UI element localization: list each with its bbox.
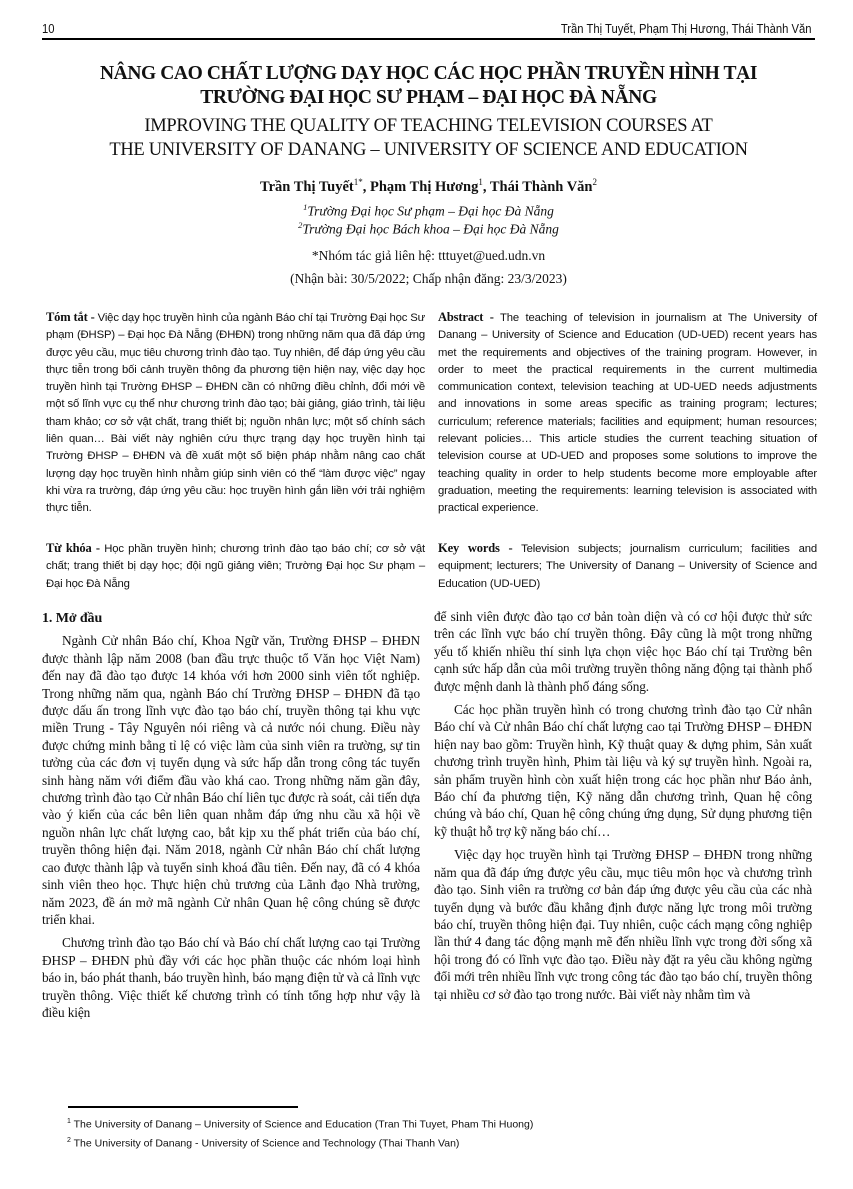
abstract-english-label: Abstract - [438, 310, 494, 324]
abstract-vietnamese-label: Tóm tắt - [46, 310, 95, 324]
title-english-line-2: THE UNIVERSITY OF DANANG – UNIVERSITY OF… [42, 138, 815, 162]
section-heading: 1. Mở đầu [42, 610, 420, 627]
footnotes: 1 The University of Danang – University … [67, 1114, 767, 1151]
footnote-text: The University of Danang – University of… [74, 1119, 534, 1131]
abstract-vietnamese-text: Việc dạy học truyền hình của ngành Báo c… [46, 312, 425, 514]
abstract-english: Abstract - The teaching of television in… [438, 309, 817, 518]
body-paragraph: để sinh viên được đào tạo cơ bản toàn di… [434, 608, 812, 695]
corresponding-contact: *Nhóm tác giả liên hệ: tttuyet@ued.udn.v… [42, 248, 815, 264]
author-name: Phạm Thị Hương [370, 179, 478, 195]
running-header: 10 Trần Thị Tuyết, Phạm Thị Hương, Thái … [42, 22, 738, 38]
author-list: Trần Thị Tuyết1*, Phạm Thị Hương1, Thái … [42, 177, 815, 196]
affiliation-1: 1Trường Đại học Sư phạm – Đại học Đà Nẵn… [42, 202, 815, 220]
footnote: 1 The University of Danang – University … [67, 1114, 767, 1133]
title-vietnamese: NÂNG CAO CHẤT LƯỢNG DẠY HỌC CÁC HỌC PHẦN… [42, 62, 815, 110]
author-separator: , [363, 179, 370, 195]
body-paragraph: Chương trình đào tạo Báo chí và Báo chí … [42, 934, 420, 1021]
footnote-rule [68, 1106, 298, 1108]
keywords-english-label: Key words - [438, 541, 513, 555]
body-paragraph: Ngành Cử nhân Báo chí, Khoa Ngữ văn, Trư… [42, 632, 420, 928]
body-paragraph: Việc dạy học truyền hình tại Trường ĐHSP… [434, 846, 812, 1003]
body-column-right: để sinh viên được đào tạo cơ bản toàn di… [434, 608, 812, 1009]
footnote-mark: 1 [67, 1118, 71, 1125]
journal-page: 10 Trần Thị Tuyết, Phạm Thị Hương, Thái … [42, 0, 815, 1189]
affiliation-text: Trường Đại học Bách khoa – Đại học Đà Nẵ… [302, 222, 558, 237]
body-paragraph: Các học phần truyền hình có trong chương… [434, 701, 812, 840]
header-rule [42, 38, 815, 40]
footnote-text: The University of Danang - University of… [74, 1137, 460, 1149]
page-number: 10 [42, 22, 55, 36]
author-separator: , [483, 179, 490, 195]
abstract-english-text: The teaching of television in journalism… [438, 312, 817, 514]
keywords-english: Key words - Television subjects; journal… [438, 540, 817, 593]
running-header-authors: Trần Thị Tuyết, Phạm Thị Hương, Thái Thà… [561, 22, 812, 36]
title-english-line-1: IMPROVING THE QUALITY OF TEACHING TELEVI… [42, 114, 815, 138]
footnote: 2 The University of Danang - University … [67, 1133, 767, 1152]
footnote-mark: 2 [67, 1137, 71, 1144]
submission-dates: (Nhận bài: 30/5/2022; Chấp nhận đăng: 23… [42, 271, 815, 287]
keywords-vietnamese: Từ khóa - Học phần truyền hình; chương t… [46, 540, 425, 593]
title-vietnamese-line-2: TRƯỜNG ĐẠI HỌC SƯ PHẠM – ĐẠI HỌC ĐÀ NẴNG [42, 86, 815, 110]
affiliation-text: Trường Đại học Sư phạm – Đại học Đà Nẵng [307, 204, 554, 219]
abstract-vietnamese: Tóm tắt - Việc dạy học truyền hình của n… [46, 309, 425, 518]
author-name: Thái Thành Văn [490, 179, 593, 195]
author-mark: 1* [354, 177, 363, 187]
title-vietnamese-line-1: NÂNG CAO CHẤT LƯỢNG DẠY HỌC CÁC HỌC PHẦN… [42, 62, 815, 86]
keywords-vietnamese-text: Học phần truyền hình; chương trình đào t… [46, 543, 425, 590]
keywords-vietnamese-label: Từ khóa - [46, 541, 100, 555]
affiliation-2: 2Trường Đại học Bách khoa – Đại học Đà N… [42, 220, 815, 238]
body-column-left: 1. Mở đầu Ngành Cử nhân Báo chí, Khoa Ng… [42, 610, 420, 1027]
author-mark: 2 [592, 177, 597, 187]
title-english: IMPROVING THE QUALITY OF TEACHING TELEVI… [42, 114, 815, 162]
author-name: Trần Thị Tuyết [260, 179, 354, 195]
